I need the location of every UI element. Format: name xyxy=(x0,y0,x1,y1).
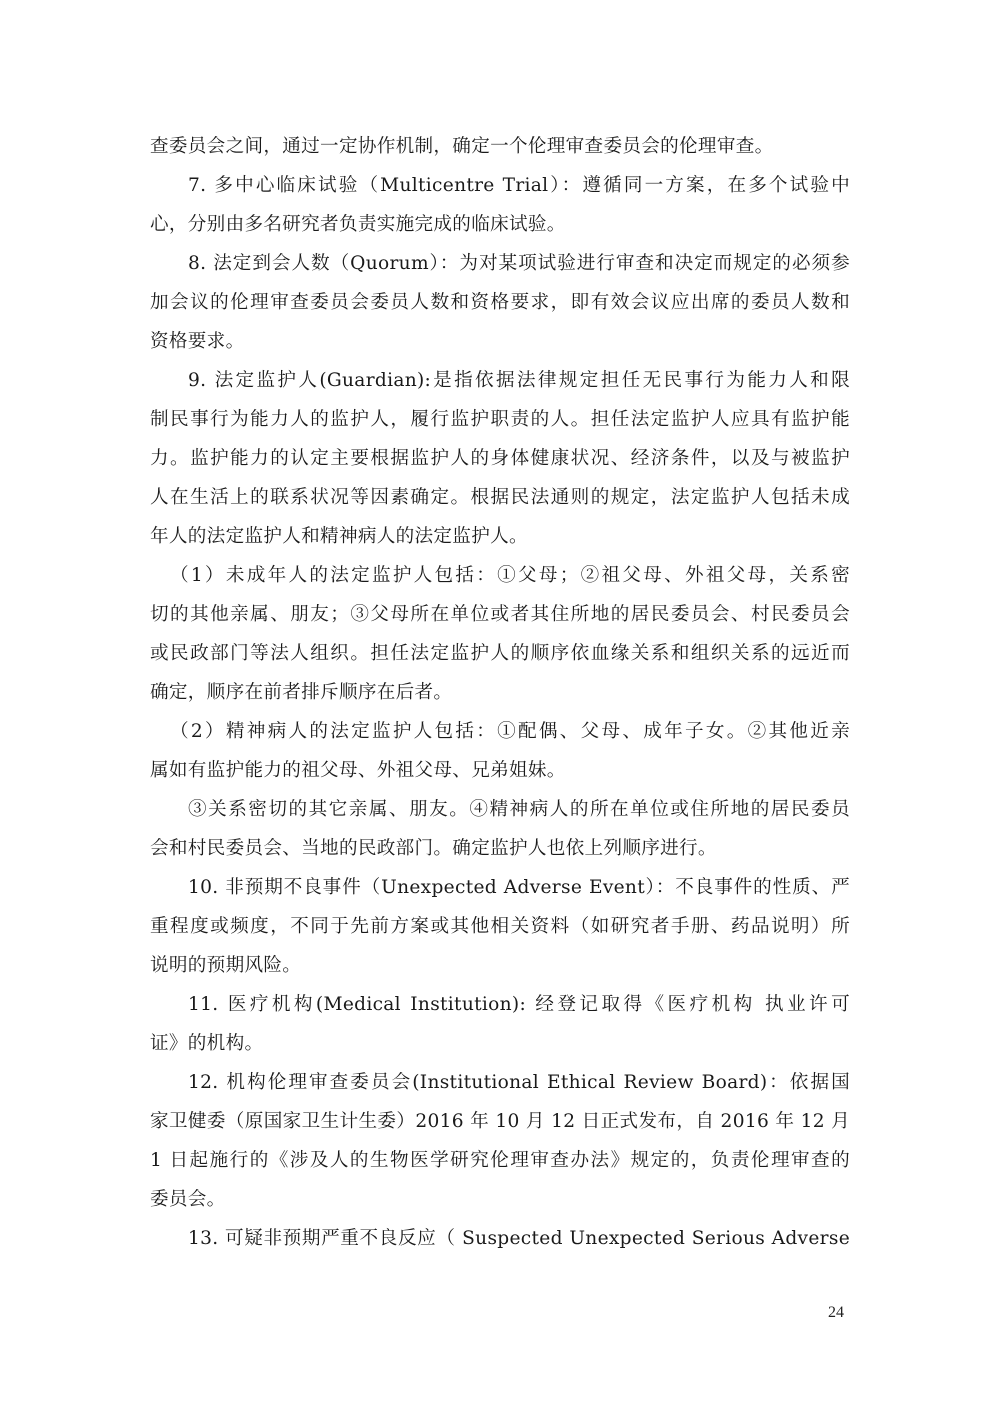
text-line: 制民事行为能力人的监护人，履行监护职责的人。担任法定监护人应具有监护能 xyxy=(150,400,850,439)
text-line: 加会议的伦理审查委员会委员人数和资格要求，即有效会议应出席的委员人数和 xyxy=(150,283,850,322)
text-line: 确定，顺序在前者排斥顺序在后者。 xyxy=(150,673,850,712)
text-line: 1 日起施行的《涉及人的生物医学研究伦理审查办法》规定的，负责伦理审查的 xyxy=(150,1141,850,1180)
definition-7-start: 7. 多中心临床试验（Multicentre Trial）：遵循同一方案，在多个… xyxy=(150,166,850,205)
definition-13-start: 13. 可疑非预期严重不良反应（ Suspected Unexpected Se… xyxy=(150,1219,850,1258)
text-line: 证》的机构。 xyxy=(150,1024,850,1063)
text-line: ③关系密切的其它亲属、朋友。④精神病人的所在单位或住所地的居民委员 xyxy=(150,790,850,829)
sub-item-1-start: （1）未成年人的法定监护人包括：①父母；②祖父母、外祖父母，关系密 xyxy=(150,556,850,595)
text-line: 力。监护能力的认定主要根据监护人的身体健康状况、经济条件，以及与被监护 xyxy=(150,439,850,478)
text-line: 人在生活上的联系状况等因素确定。根据民法通则的规定，法定监护人包括未成 xyxy=(150,478,850,517)
definition-11-start: 11. 医疗机构(Medical Institution): 经登记取得《医疗机… xyxy=(150,985,850,1024)
text-line: 属如有监护能力的祖父母、外祖父母、兄弟姐妹。 xyxy=(150,751,850,790)
definition-9-start: 9. 法定监护人(Guardian):是指依据法律规定担任无民事行为能力人和限 xyxy=(150,361,850,400)
definition-12-start: 12. 机构伦理审查委员会(Institutional Ethical Revi… xyxy=(150,1063,850,1102)
text-line: 说明的预期风险。 xyxy=(150,946,850,985)
document-page: 查委员会之间，通过一定协作机制，确定一个伦理审查委员会的伦理审查。 7. 多中心… xyxy=(150,127,850,1258)
text-line: 或民政部门等法人组织。担任法定监护人的顺序依血缘关系和组织关系的远近而 xyxy=(150,634,850,673)
text-line: 资格要求。 xyxy=(150,322,850,361)
text-line: 切的其他亲属、朋友；③父母所在单位或者其住所地的居民委员会、村民委员会 xyxy=(150,595,850,634)
page-number: 24 xyxy=(828,1304,844,1322)
text-line: 年人的法定监护人和精神病人的法定监护人。 xyxy=(150,517,850,556)
text-line: 心，分别由多名研究者负责实施完成的临床试验。 xyxy=(150,205,850,244)
text-line: 重程度或频度，不同于先前方案或其他相关资料（如研究者手册、药品说明）所 xyxy=(150,907,850,946)
definition-8-start: 8. 法定到会人数（Quorum）：为对某项试验进行审查和决定而规定的必须参 xyxy=(150,244,850,283)
text-line: 家卫健委（原国家卫生计生委）2016 年 10 月 12 日正式发布，自 201… xyxy=(150,1102,850,1141)
text-line: 查委员会之间，通过一定协作机制，确定一个伦理审查委员会的伦理审查。 xyxy=(150,127,850,166)
definition-10-start: 10. 非预期不良事件（Unexpected Adverse Event）：不良… xyxy=(150,868,850,907)
sub-item-2-start: （2）精神病人的法定监护人包括：①配偶、父母、成年子女。②其他近亲 xyxy=(150,712,850,751)
text-line: 会和村民委员会、当地的民政部门。确定监护人也依上列顺序进行。 xyxy=(150,829,850,868)
text-line: 委员会。 xyxy=(150,1180,850,1219)
